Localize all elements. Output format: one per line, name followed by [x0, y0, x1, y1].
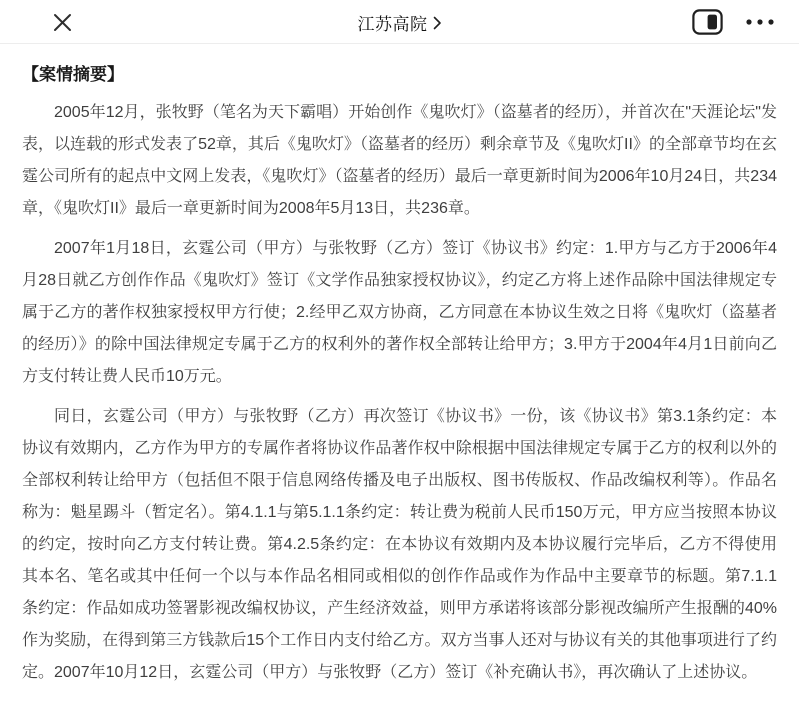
- official-account-link[interactable]: 江苏高院: [0, 0, 799, 44]
- page-title: 江苏高院: [358, 10, 428, 35]
- titlebar-actions: [692, 0, 775, 44]
- paragraph-3: 同日，玄霆公司（甲方）与张牧野（乙方）再次签订《协议书》一份，该《协议书》第3.…: [22, 401, 777, 689]
- titlebar: 江苏高院: [0, 0, 799, 44]
- paragraph-1: 2005年12月，张牧野（笔名为天下霸唱）开始创作《鬼吹灯》（盗墓者的经历），并…: [22, 97, 777, 225]
- paragraph-2: 2007年1月18日，玄霆公司（甲方）与张牧野（乙方）签订《协议书》约定：1.甲…: [22, 233, 777, 393]
- more-icon: [745, 18, 775, 26]
- section-heading: 【案情摘要】: [22, 60, 777, 90]
- more-button[interactable]: [745, 18, 775, 26]
- chevron-right-icon: [433, 16, 442, 30]
- article-body: 【案情摘要】 2005年12月，张牧野（笔名为天下霸唱）开始创作《鬼吹灯》（盗墓…: [0, 44, 799, 689]
- float-window-button[interactable]: [692, 9, 723, 35]
- float-window-icon: [692, 9, 723, 35]
